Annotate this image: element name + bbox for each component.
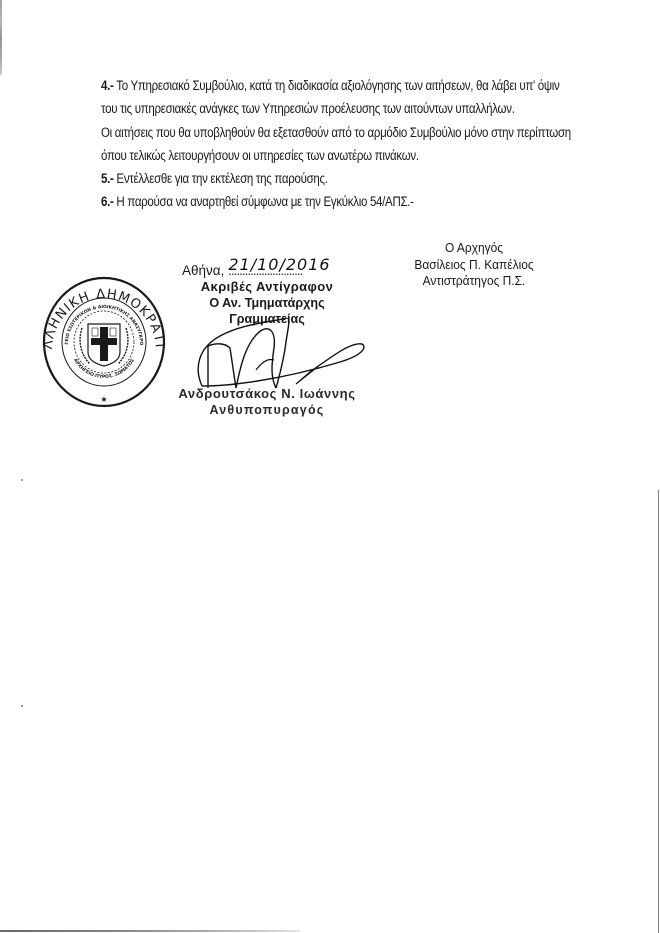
paragraph-number: 5.- (101, 171, 114, 186)
chief-name: Βασίλειος Π. Καπέλιος (395, 257, 553, 274)
scan-edge-bottom (0, 930, 300, 932)
paragraph-number: 6.- (101, 194, 114, 209)
handwritten-date: 21/10/2016 (228, 255, 330, 274)
paragraph-line: 5.- Εντέλλεσθε για την εκτέλεση της παρο… (101, 167, 565, 190)
paragraph-line: 6.- Η παρούσα να αναρτηθεί σύμφωνα με τη… (101, 190, 565, 213)
signer-name: Ανδρουτσάκος Ν. Ιωάννης (172, 386, 362, 402)
place-label: Αθήνα, (182, 263, 224, 278)
official-stamp-icon: ΕΛΛΗΝΙΚΗ ΔΗΜΟΚΡΑΤΙΑ ΥΠΟΥΡΓΕΙΟ ΕΣΩΤΕΡΙΚΩΝ… (38, 272, 170, 412)
paragraph-line: του τις υπηρεσιακές ανάγκες των Υπηρεσιώ… (101, 97, 565, 120)
svg-text:ΑΡΧΗΓΕΙΟ ΠΥΡΟΣ. ΣΩΜΑΤΟΣ: ΑΡΧΗΓΕΙΟ ΠΥΡΟΣ. ΣΩΜΑΤΟΣ (72, 358, 136, 380)
scan-edge-left (0, 0, 2, 75)
paragraph-line: Οι αιτήσεις που θα υποβληθούν θα εξετασθ… (101, 121, 565, 144)
scan-speck (21, 479, 23, 481)
stamp-bottom-text: ΑΡΧΗΓΕΙΟ ΠΥΡΟΣ. ΣΩΜΑΤΟΣ (72, 358, 136, 380)
greek-coat-of-arms-icon (80, 324, 128, 366)
paragraph-text: Το Υπηρεσιακό Συμβούλιο, κατά τη διαδικα… (114, 78, 560, 93)
chief-title: Ο Αρχηγός (395, 240, 553, 257)
chief-signature-block: Ο Αρχηγός Βασίλειος Π. Καπέλιος Αντιστρά… (395, 240, 553, 290)
signer-rank: Ανθυποπυραγός (172, 402, 362, 418)
scan-edge-right (658, 490, 659, 933)
paragraph-text: Οι αιτήσεις που θα υποβληθούν θα εξετασθ… (101, 125, 571, 140)
document-page: 4.- Το Υπηρεσιακό Συμβούλιο, κατά τη δια… (0, 0, 660, 933)
paragraph-text: όπου τελικώς λειτουργήσουν οι υπηρεσίες … (101, 148, 419, 163)
chief-rank: Αντιστράτηγος Π.Σ. (395, 273, 553, 290)
paragraph-line: 4.- Το Υπηρεσιακό Συμβούλιο, κατά τη δια… (101, 74, 565, 97)
paragraph-text: Η παρούσα να αναρτηθεί σύμφωνα με την Εγ… (114, 194, 414, 209)
paragraph-text: του τις υπηρεσιακές ανάγκες των Υπηρεσιώ… (101, 101, 515, 116)
scan-speck (21, 705, 23, 707)
star-icon: ★ (100, 395, 107, 404)
signer-block: Ανδρουτσάκος Ν. Ιωάννης Ανθυποπυραγός (172, 386, 362, 418)
paragraph-number: 4.- (101, 78, 114, 93)
document-body: 4.- Το Υπηρεσιακό Συμβούλιο, κατά τη δια… (101, 74, 565, 214)
date-line: Αθήνα, ...........................21/10/… (172, 262, 362, 279)
certified-copy-label: Ακριβές Αντίγραφον (172, 279, 362, 295)
paragraph-text: Εντέλλεσθε για την εκτέλεση της παρούσης… (114, 171, 328, 186)
paragraph-line: όπου τελικώς λειτουργήσουν οι υπηρεσίες … (101, 144, 565, 167)
